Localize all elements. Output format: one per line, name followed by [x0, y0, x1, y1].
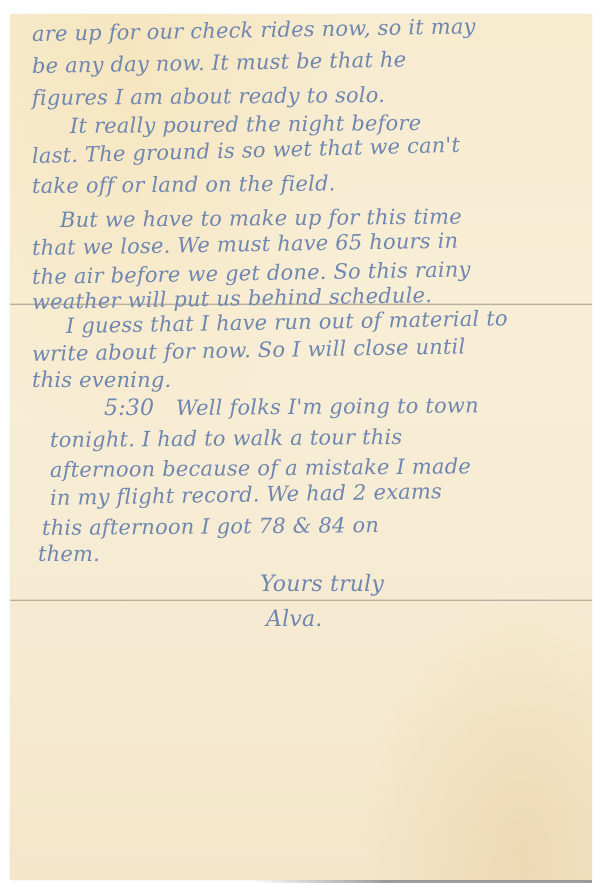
letter-page: are up for our check rides now, so it ma…	[10, 14, 592, 880]
letter-line: this evening.	[32, 368, 171, 392]
letter-line: take off or land on the field.	[32, 171, 336, 198]
letter-line: tonight. I had to walk a tour this	[50, 425, 403, 452]
letter-line: last. The ground is so wet that we can't	[32, 133, 461, 168]
letter-line: this afternoon I got 78 & 84 on	[42, 513, 379, 540]
letter-line: figures I am about ready to solo.	[32, 83, 385, 110]
signature: Alva.	[266, 607, 322, 632]
entry-time: 5:30	[104, 396, 154, 421]
closing-salutation: Yours truly	[260, 572, 384, 597]
letter-line: are up for our check rides now, so it ma…	[32, 14, 476, 46]
letter-line: But we have to make up for this time	[60, 204, 462, 232]
letter-line: in my flight record. We had 2 exams	[50, 479, 442, 510]
letter-line: write about for now. So I will close unt…	[32, 334, 466, 366]
letter-line: Well folks I'm going to town	[176, 393, 479, 420]
letter-line: that we lose. We must have 65 hours in	[32, 229, 459, 260]
letter-line: It really poured the night before	[70, 111, 422, 138]
letter-line: be any day now. It must be that he	[32, 47, 407, 78]
letter-line: afternoon because of a mistake I made	[50, 454, 471, 482]
fold-crease	[10, 599, 592, 603]
letter-line: them.	[38, 542, 100, 566]
